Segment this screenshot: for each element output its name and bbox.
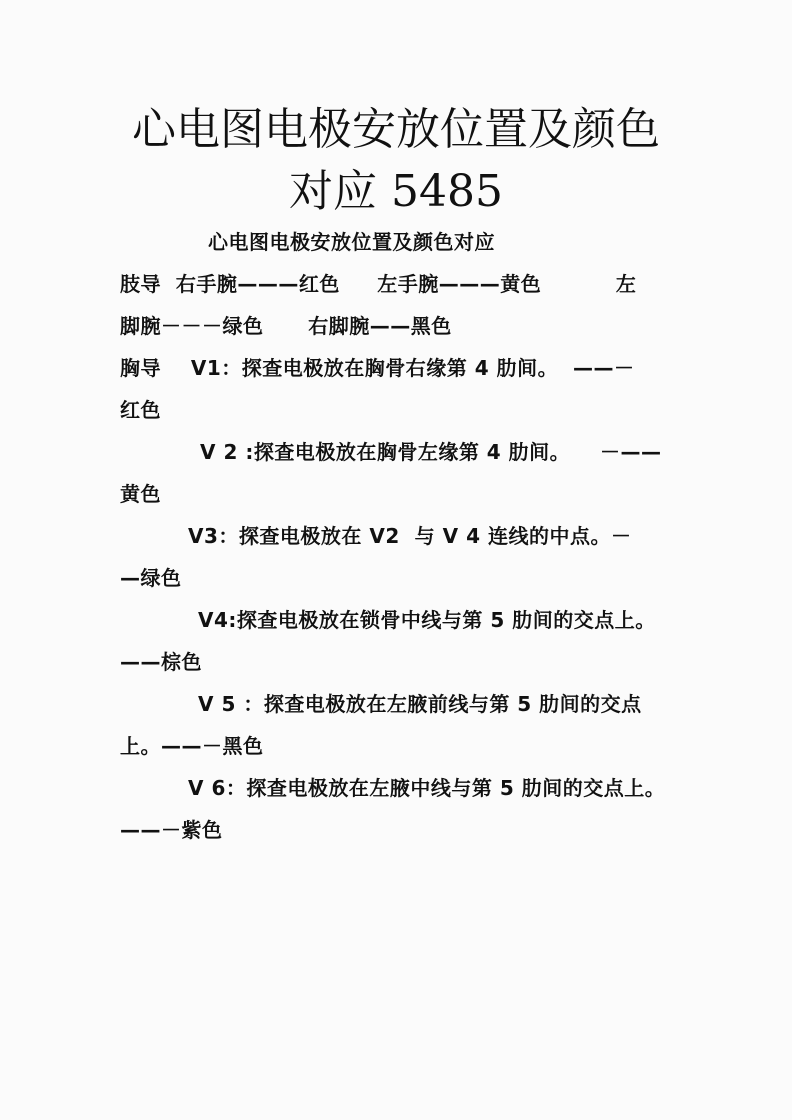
text-line: 胸导 V1：探查电极放在胸骨右缘第 4 肋间。 ——－ — [120, 354, 635, 382]
text-line: V 2 :探查电极放在胸骨左缘第 4 肋间。 －—— — [200, 438, 662, 466]
title-line-2: 对应 5485 — [0, 162, 792, 222]
text-line: V4:探查电极放在锁骨中线与第 5 肋间的交点上。 — [198, 606, 656, 634]
text-line: V 6：探查电极放在左腋中线与第 5 肋间的交点上。 — [188, 774, 665, 802]
title-line-1: 心电图电极安放位置及颜色 — [0, 100, 792, 160]
text-line: V3：探查电极放在 V2 与 V 4 连线的中点。－ — [188, 522, 631, 550]
document-subtitle: 心电图电极安放位置及颜色对应 — [208, 228, 495, 256]
text-line: 脚腕－－－绿色 右脚腕——黑色 — [120, 312, 452, 340]
text-line: 红色 — [120, 396, 161, 424]
text-line: ——棕色 — [120, 648, 202, 676]
text-line: 肢导 右手腕———红色 左手腕———黄色 左 — [120, 270, 636, 298]
text-line: ——－紫色 — [120, 816, 223, 844]
text-line: —绿色 — [120, 564, 182, 592]
text-line: V 5 ：探查电极放在左腋前线与第 5 肋间的交点 — [198, 690, 642, 718]
text-line: 黄色 — [120, 480, 161, 508]
text-line: 上。——－黑色 — [120, 732, 264, 760]
